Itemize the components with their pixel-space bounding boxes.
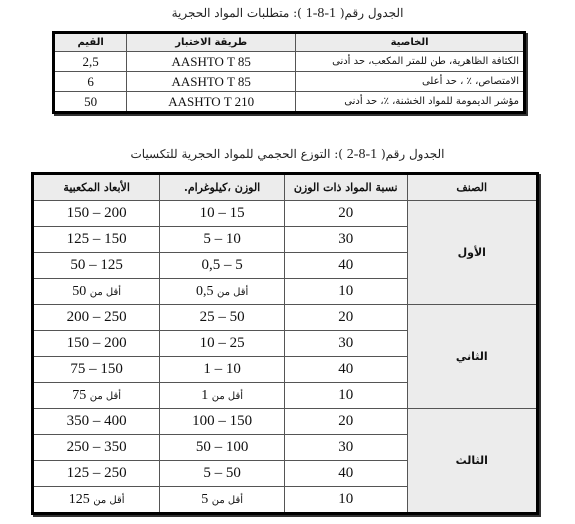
table-row: الكثافة الظاهرية، طن للمتر المكعب، حد أد…	[54, 52, 525, 72]
less-than-value: 5	[201, 492, 208, 507]
cell-pct: 30	[284, 331, 407, 357]
table2-caption-number: 2-8-1	[347, 147, 377, 162]
cell-weight: 50 – 5	[160, 461, 285, 487]
less-than-value: 75	[72, 388, 86, 403]
cell-test-method: AASHTO T 85	[127, 72, 296, 92]
cell-test-method: AASHTO T 85	[127, 52, 296, 72]
table1-caption-prefix: الجدول رقم(	[340, 6, 404, 20]
cell-dims: 200 – 150	[33, 331, 160, 357]
less-than-value: 125	[69, 492, 90, 507]
class-cell-third: الثالث	[407, 409, 537, 514]
header-property: الخاصية	[296, 33, 525, 52]
cell-weight: 50 – 25	[160, 305, 285, 331]
less-than-label: أقل من	[212, 495, 243, 506]
cell-pct: 40	[284, 461, 407, 487]
cell-pct: 20	[284, 409, 407, 435]
cell-dims: 250 – 200	[33, 305, 160, 331]
cell-pct: 40	[284, 357, 407, 383]
cell-weight-less-than: أقل من 0,5	[160, 279, 285, 305]
cell-weight: 100 – 50	[160, 435, 285, 461]
cell-weight-less-than: أقل من 5	[160, 487, 285, 514]
cell-dims: 350 – 250	[33, 435, 160, 461]
class-cell-second: الثاني	[407, 305, 537, 409]
cell-dims: 150 – 125	[33, 227, 160, 253]
cell-property: مؤشر الديمومة للمواد الخشنة، ٪، حد أدنى	[296, 92, 525, 113]
table-row: الثاني 20 50 – 25 250 – 200	[33, 305, 538, 331]
cell-pct: 20	[284, 201, 407, 227]
cell-property: الامتصاص، ٪ ، حد أعلى	[296, 72, 525, 92]
cell-dims: 150 – 75	[33, 357, 160, 383]
header-values: القيم	[54, 33, 127, 52]
cell-pct: 30	[284, 435, 407, 461]
cell-weight-less-than: أقل من 1	[160, 383, 285, 409]
class-cell-first: الأول	[407, 201, 537, 305]
cell-value: 2,5	[54, 52, 127, 72]
cell-pct: 10	[284, 279, 407, 305]
less-than-label: أقل من	[90, 287, 121, 298]
cell-dims-less-than: أقل من 50	[33, 279, 160, 305]
cell-value: 50	[54, 92, 127, 113]
cell-property: الكثافة الظاهرية، طن للمتر المكعب، حد أد…	[296, 52, 525, 72]
table1-caption: الجدول رقم( 1-8-1 ): متطلبات المواد الحج…	[0, 6, 575, 22]
table2-header-row: الصنف نسبة المواد ذات الوزن الوزن ،كيلوغ…	[33, 174, 538, 201]
cell-weight: 15 – 10	[160, 201, 285, 227]
cell-test-method: AASHTO T 210	[127, 92, 296, 113]
cell-weight: 10 – 1	[160, 357, 285, 383]
less-than-label: أقل من	[90, 391, 121, 402]
header-cubic-dims: الأبعاد المكعبية	[33, 174, 160, 201]
cell-pct: 10	[284, 383, 407, 409]
less-than-label: أقل من	[212, 391, 243, 402]
cell-dims: 250 – 125	[33, 461, 160, 487]
table2-caption-prefix: الجدول رقم(	[381, 147, 445, 161]
cell-weight: 10 – 5	[160, 227, 285, 253]
table1-header-row: الخاصية طريقة الاختبار القيم	[54, 33, 525, 52]
less-than-value: 1	[201, 388, 208, 403]
cell-pct: 10	[284, 487, 407, 514]
less-than-label: أقل من	[217, 287, 248, 298]
table-row: الأول 20 15 – 10 200 – 150	[33, 201, 538, 227]
table2-caption-suffix: ): التوزع الحجمي للمواد الحجرية للتكسيات	[130, 147, 342, 161]
cell-dims: 200 – 150	[33, 201, 160, 227]
cell-dims: 400 – 350	[33, 409, 160, 435]
table1-caption-suffix: ): متطلبات المواد الحجرية	[172, 6, 302, 20]
header-class: الصنف	[407, 174, 537, 201]
less-than-value: 50	[72, 284, 86, 299]
cell-pct: 40	[284, 253, 407, 279]
header-test-method: طريقة الاختبار	[127, 33, 296, 52]
cell-pct: 30	[284, 227, 407, 253]
riprap-gradation-table: الصنف نسبة المواد ذات الوزن الوزن ،كيلوغ…	[31, 172, 539, 515]
cell-weight: 150 – 100	[160, 409, 285, 435]
table1-caption-number: 1-8-1	[306, 6, 336, 21]
less-than-label: أقل من	[93, 495, 124, 506]
header-weight-kg: الوزن ،كيلوغرام.	[160, 174, 285, 201]
cell-pct: 20	[284, 305, 407, 331]
cell-dims-less-than: أقل من 125	[33, 487, 160, 514]
less-than-value: 0,5	[196, 284, 214, 299]
header-weight-pct: نسبة المواد ذات الوزن	[284, 174, 407, 201]
cell-weight: 5 – 0,5	[160, 253, 285, 279]
cell-weight: 25 – 10	[160, 331, 285, 357]
table-row: الثالث 20 150 – 100 400 – 350	[33, 409, 538, 435]
table-row: مؤشر الديمومة للمواد الخشنة، ٪، حد أدنى …	[54, 92, 525, 113]
aggregate-requirements-table: الخاصية طريقة الاختبار القيم الكثافة الظ…	[52, 31, 526, 114]
cell-dims: 125 – 50	[33, 253, 160, 279]
table2-caption: الجدول رقم( 2-8-1 ): التوزع الحجمي للموا…	[0, 147, 575, 163]
cell-value: 6	[54, 72, 127, 92]
table-row: الامتصاص، ٪ ، حد أعلى AASHTO T 85 6	[54, 72, 525, 92]
cell-dims-less-than: أقل من 75	[33, 383, 160, 409]
